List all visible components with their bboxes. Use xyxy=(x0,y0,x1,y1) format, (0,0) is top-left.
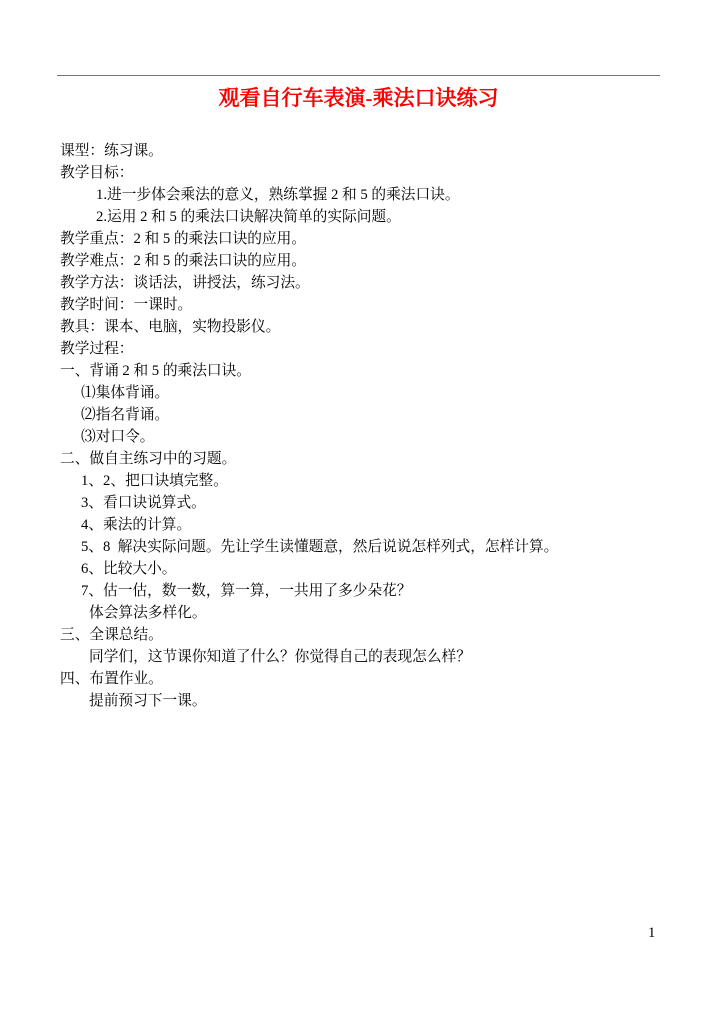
text-line: 6、比较大小。 xyxy=(60,558,666,580)
text-line: ⑴集体背诵。 xyxy=(60,382,666,404)
text-line: 四、布置作业。 xyxy=(60,668,666,690)
text-line: 1.进一步体会乘法的意义，熟练掌握 2 和 5 的乘法口诀。 xyxy=(60,184,666,206)
header-rule xyxy=(57,75,660,76)
text-line: 三、全课总结。 xyxy=(60,624,666,646)
text-line: 教具：课本、电脑，实物投影仪。 xyxy=(60,316,666,338)
text-line: 2.运用 2 和 5 的乘法口诀解决简单的实际问题。 xyxy=(60,206,666,228)
text-line: 提前预习下一课。 xyxy=(60,690,666,712)
text-line: 课型：练习课。 xyxy=(60,140,666,162)
text-line: 教学时间：一课时。 xyxy=(60,294,666,316)
text-line: 同学们，这节课你知道了什么？你觉得自己的表现怎么样？ xyxy=(60,646,666,668)
text-line: 教学难点：2 和 5 的乘法口诀的应用。 xyxy=(60,250,666,272)
text-line: ⑵指名背诵。 xyxy=(60,404,666,426)
text-line: 二、做自主练习中的习题。 xyxy=(60,448,666,470)
text-line: 体会算法多样化。 xyxy=(60,602,666,624)
document-page: 观看自行车表演-乘法口诀练习 课型：练习课。教学目标：1.进一步体会乘法的意义，… xyxy=(0,0,717,1012)
text-line: 教学目标： xyxy=(60,162,666,184)
text-line: 5、8 解决实际问题。先让学生读懂题意，然后说说怎样列式，怎样计算。 xyxy=(60,536,666,558)
text-line: ⑶对口令。 xyxy=(60,426,666,448)
page-number: 1 xyxy=(648,924,655,942)
text-line: 3、看口诀说算式。 xyxy=(60,492,666,514)
text-line: 一、背诵 2 和 5 的乘法口诀。 xyxy=(60,360,666,382)
text-line: 7、估一估，数一数，算一算，一共用了多少朵花？ xyxy=(60,580,666,602)
text-line: 1、2、把口诀填完整。 xyxy=(60,470,666,492)
text-line: 教学方法：谈话法，讲授法，练习法。 xyxy=(60,272,666,294)
document-body: 课型：练习课。教学目标：1.进一步体会乘法的意义，熟练掌握 2 和 5 的乘法口… xyxy=(60,140,666,712)
text-line: 教学过程： xyxy=(60,338,666,360)
page-title: 观看自行车表演-乘法口诀练习 xyxy=(0,85,717,111)
text-line: 4、乘法的计算。 xyxy=(60,514,666,536)
text-line: 教学重点：2 和 5 的乘法口诀的应用。 xyxy=(60,228,666,250)
